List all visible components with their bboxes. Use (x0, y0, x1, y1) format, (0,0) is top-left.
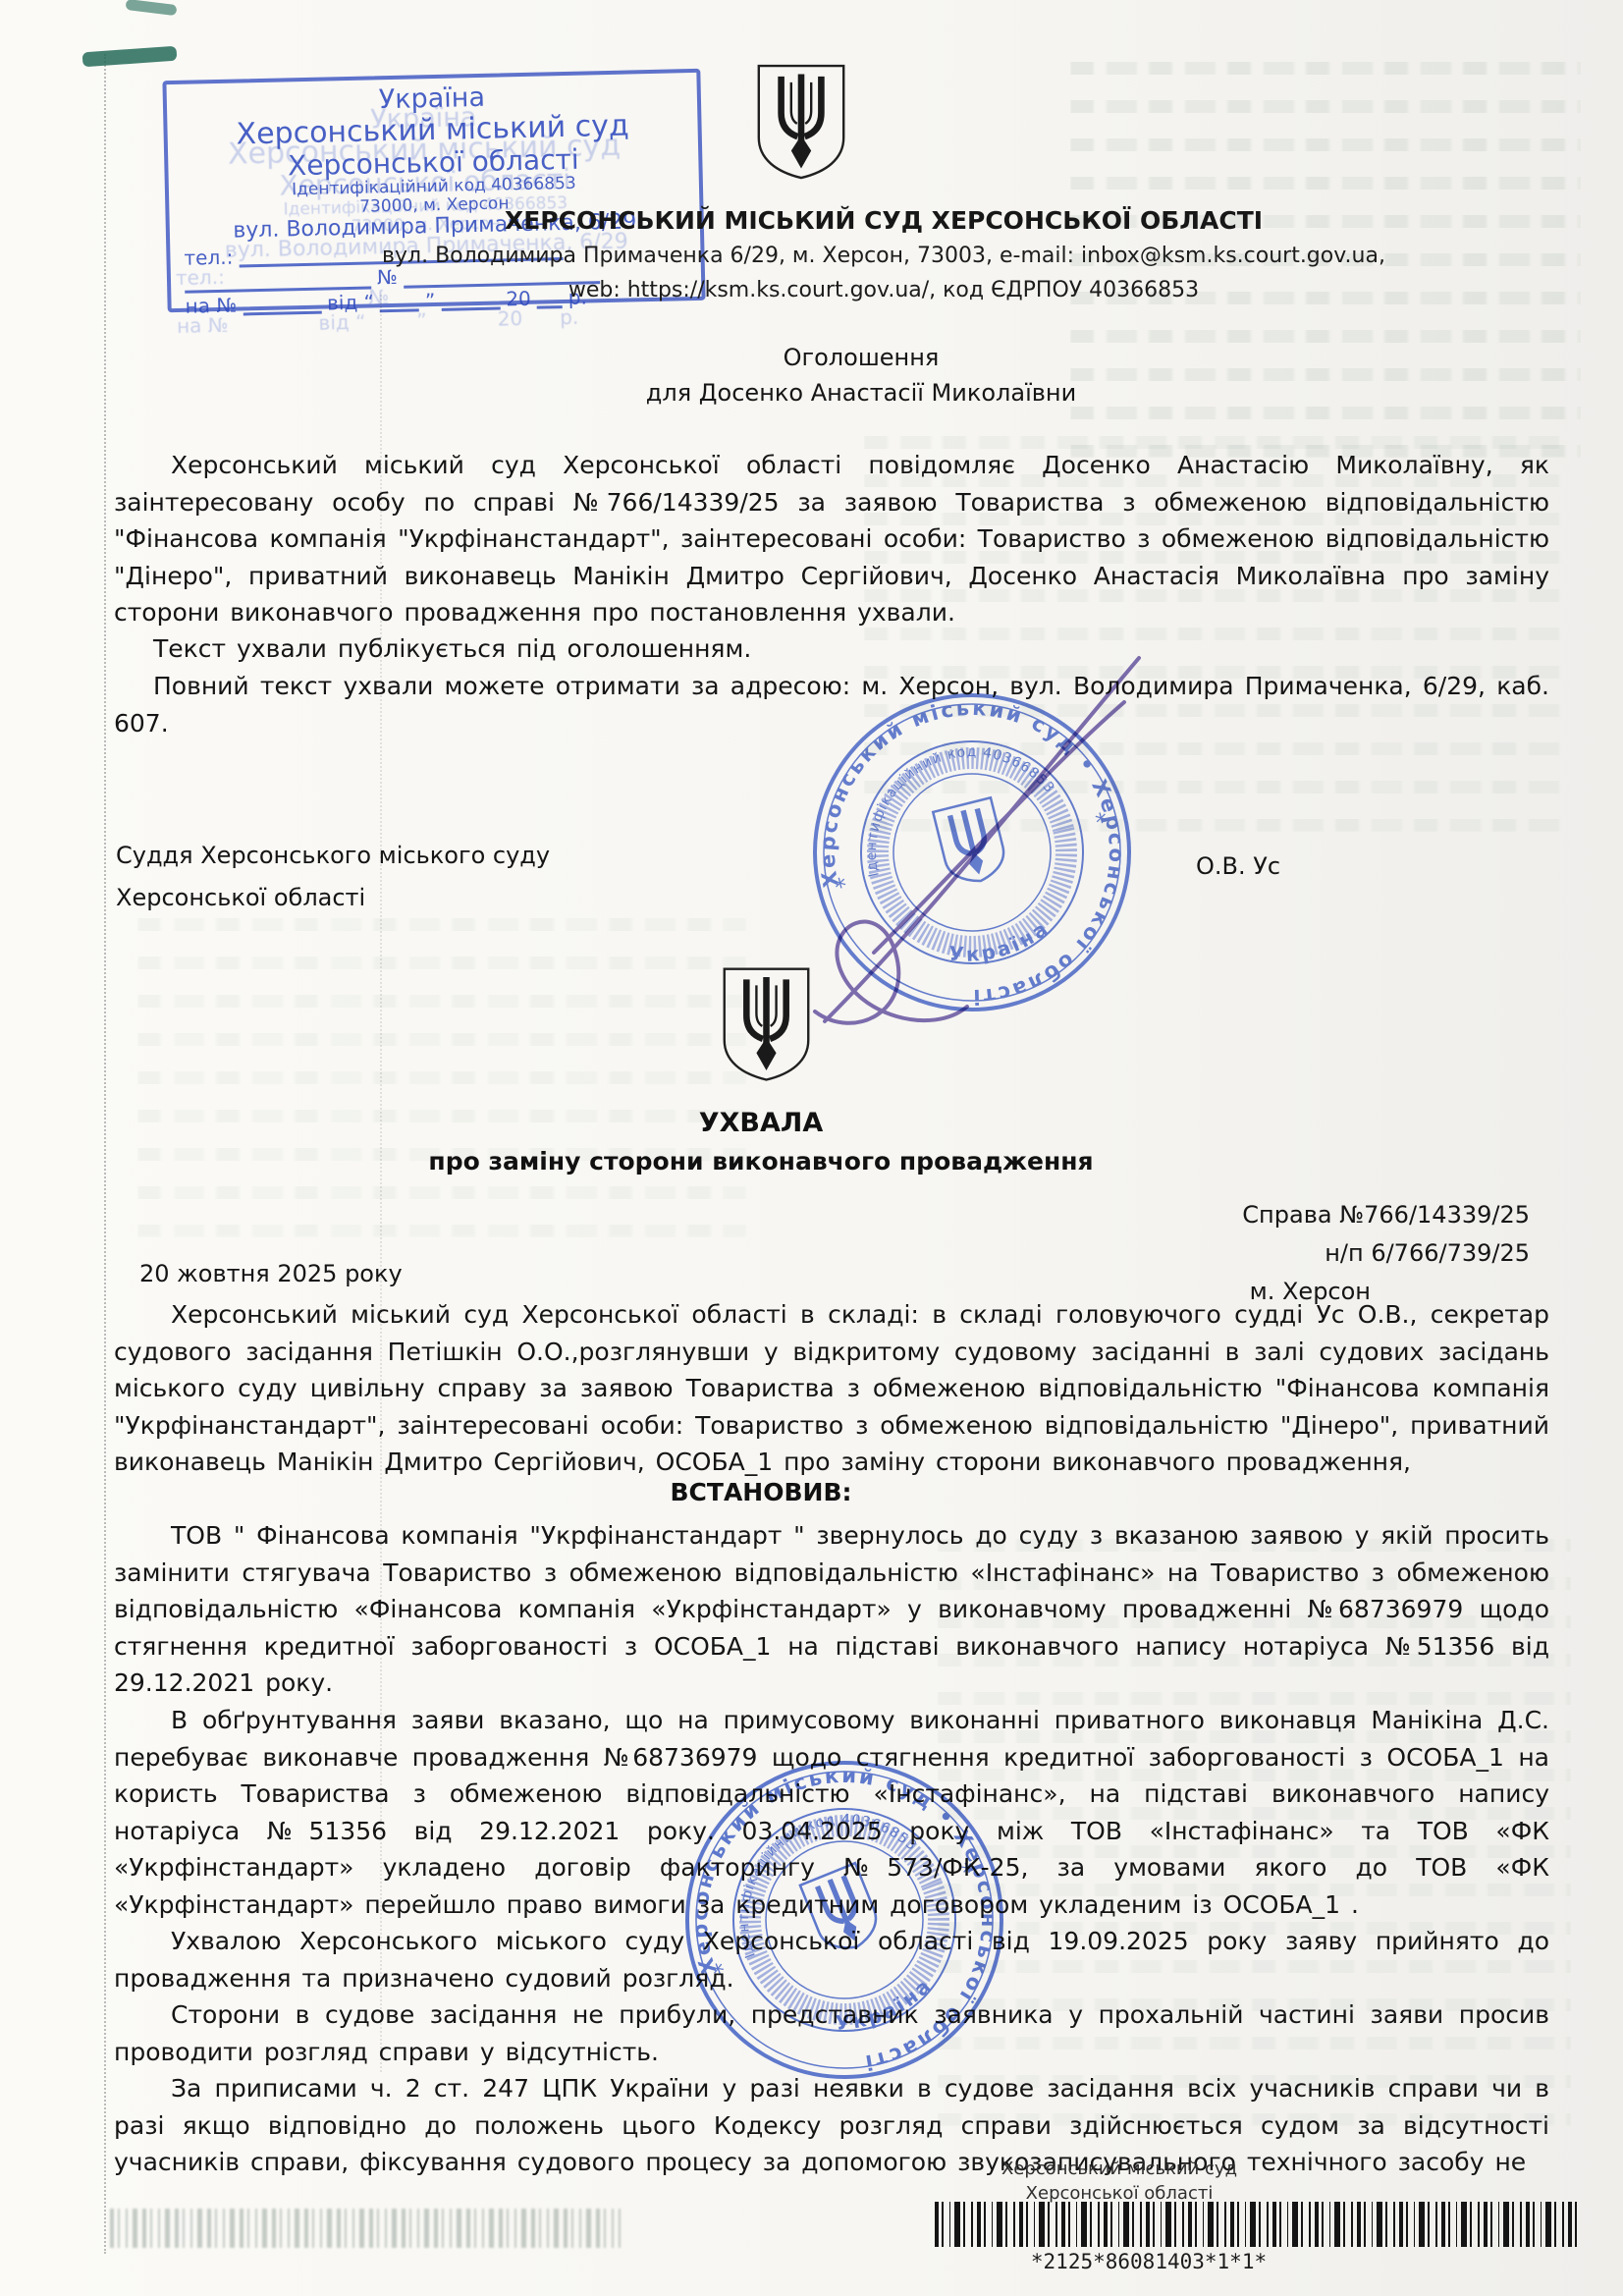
ukraine-trident-icon (754, 41, 848, 201)
scanned-court-document: { "colors": { "paper": "#f7f6f2", "stamp… (0, 0, 1623, 2296)
footer-court-label: Херсонський міський суд Херсонської обла… (992, 2157, 1247, 2206)
court-corner-stamp: Україна Херсонський міський суд Херсонсь… (162, 69, 705, 312)
ghost-barcode (110, 2209, 621, 2248)
ruling-date: 20 жовтня 2025 року (139, 1260, 403, 1287)
ruling-title: УХВАЛА (44, 1108, 1478, 1138)
judge-title-line1: Суддя Херсонського міського суду (116, 835, 550, 877)
document-barcode (935, 2202, 1581, 2247)
ruling-subtitle: про заміну сторони виконавчого проваджен… (44, 1147, 1478, 1175)
ukraine-trident-icon (720, 943, 813, 1105)
announcement-body: Херсонський міський суд Херсонської обла… (114, 447, 1549, 631)
judge-initials: О.В. Ус (1196, 852, 1280, 880)
judge-signature (785, 629, 1198, 1051)
barcode-value: *2125*86081403*1*1* (874, 2250, 1424, 2273)
seal-trident-icon (800, 1863, 885, 1958)
judge-title-line2: Херсонської області (116, 877, 550, 919)
ruling-para-request: ТОВ " Фінансова компанія "Укрфінанстанда… (114, 1517, 1549, 1702)
ruling-intro: Херсонський міський суд Херсонської обла… (114, 1296, 1549, 1481)
registry-number: н/п 6/766/739/25 (1109, 1234, 1530, 1273)
court-name-heading: ХЕРСОНСЬКИЙ МІСЬКИЙ СУД ХЕРСОНСЬКОЇ ОБЛА… (167, 206, 1600, 235)
announcement-addressee: для Досенко Анастасії Миколаївни (144, 379, 1578, 407)
judge-title: Суддя Херсонського міського суду Херсонс… (116, 835, 550, 919)
established-heading: ВСТАНОВИВ: (44, 1478, 1478, 1506)
court-address-line: вул. Володимира Примаченка 6/29, м. Херс… (167, 244, 1600, 268)
case-number: Справа №766/14339/25 (1109, 1196, 1530, 1234)
court-web-line: web: https://ksm.ks.court.gov.ua/, код Є… (167, 278, 1600, 302)
footer-court-line1: Херсонський міський суд (992, 2157, 1247, 2181)
announcement-title: Оголошення (144, 344, 1578, 371)
case-numbers-block: Справа №766/14339/25 н/п 6/766/739/25 м.… (1109, 1196, 1530, 1311)
